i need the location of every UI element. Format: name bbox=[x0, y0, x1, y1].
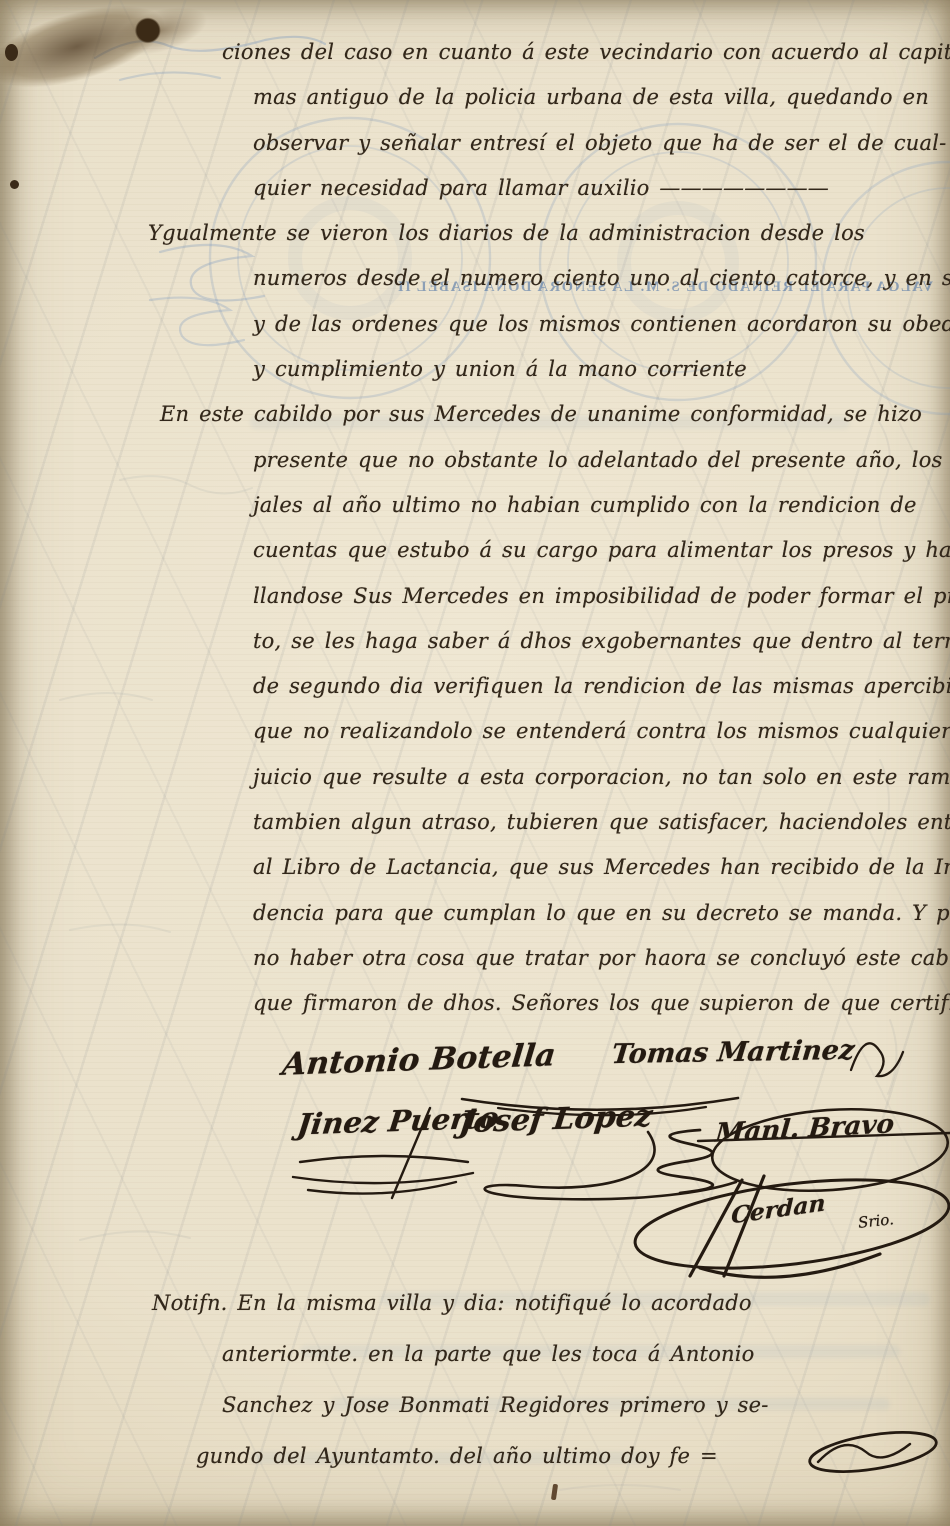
manuscript-line: de segundo dia verifiquen la rendicion d… bbox=[253, 664, 950, 709]
manuscript-line: juicio que resulte a esta corporacion, n… bbox=[253, 755, 950, 800]
manuscript-line: En este cabildo por sus Mercedes de unan… bbox=[160, 392, 950, 437]
nota-line: gundo del Ayuntamto. del año ultimo doy … bbox=[196, 1431, 950, 1482]
manuscript-line: al Libro de Lactancia, que sus Mercedes … bbox=[253, 845, 950, 890]
nota-line: Sanchez y Jose Bonmati Regidores primero… bbox=[222, 1380, 950, 1431]
manuscript-line: y cumplimiento y union á la mano corrien… bbox=[253, 347, 950, 392]
manuscript-line: cuentas que estubo á su cargo para alime… bbox=[253, 528, 950, 573]
manuscript-line: presente que no obstante lo adelantado d… bbox=[253, 438, 950, 483]
notification-note: Notifn. En la misma villa y dia: notifiq… bbox=[0, 1278, 950, 1482]
manuscript-page: VALGA PARA EL REINADO DE S. M. LA SEÑORA… bbox=[0, 0, 950, 1526]
signature-tomas-martinez: Tomas Martinez bbox=[610, 1035, 856, 1070]
manuscript-line: que firmaron de dhos. Señores los que su… bbox=[253, 981, 950, 1026]
manuscript-line: y de las ordenes que los mismos contiene… bbox=[253, 302, 950, 347]
manuscript-line: llandose Sus Mercedes en imposibilidad d… bbox=[253, 574, 950, 619]
nota-line: anteriormte. en la parte que les toca á … bbox=[222, 1329, 950, 1380]
manuscript-line: tambien algun atraso, tubieren que satis… bbox=[253, 800, 950, 845]
manuscript-line: numeros desde el numero ciento uno al ci… bbox=[253, 256, 950, 301]
signature-josef-lopez: Josef Lopez bbox=[457, 1099, 654, 1141]
signature-cerdan-title: Srio. bbox=[857, 1210, 894, 1232]
manuscript-line: to, se les haga saber á dhos exgobernant… bbox=[253, 619, 950, 664]
manuscript-line: jales al año ultimo no habian cumplido c… bbox=[253, 483, 950, 528]
manuscript-line: observar y señalar entresí el objeto que… bbox=[253, 121, 950, 166]
manuscript-line: que no realizandolo se entenderá contra … bbox=[253, 709, 950, 754]
manuscript-line: mas antiguo de la policia urbana de esta… bbox=[253, 75, 950, 120]
manuscript-line: ciones del caso en cuanto á este vecinda… bbox=[222, 30, 950, 75]
manuscript-line: dencia para que cumplan lo que en su dec… bbox=[253, 891, 950, 936]
nota-line: Notifn. En la misma villa y dia: notifiq… bbox=[152, 1278, 950, 1329]
manuscript-line: quier necesidad para llamar auxilio ————… bbox=[253, 166, 950, 211]
manuscript-body: ciones del caso en cuanto á este vecinda… bbox=[0, 30, 950, 1027]
manuscript-line: Ygualmente se vieron los diarios de la a… bbox=[148, 211, 950, 256]
manuscript-line: no haber otra cosa que tratar por haora … bbox=[253, 936, 950, 981]
